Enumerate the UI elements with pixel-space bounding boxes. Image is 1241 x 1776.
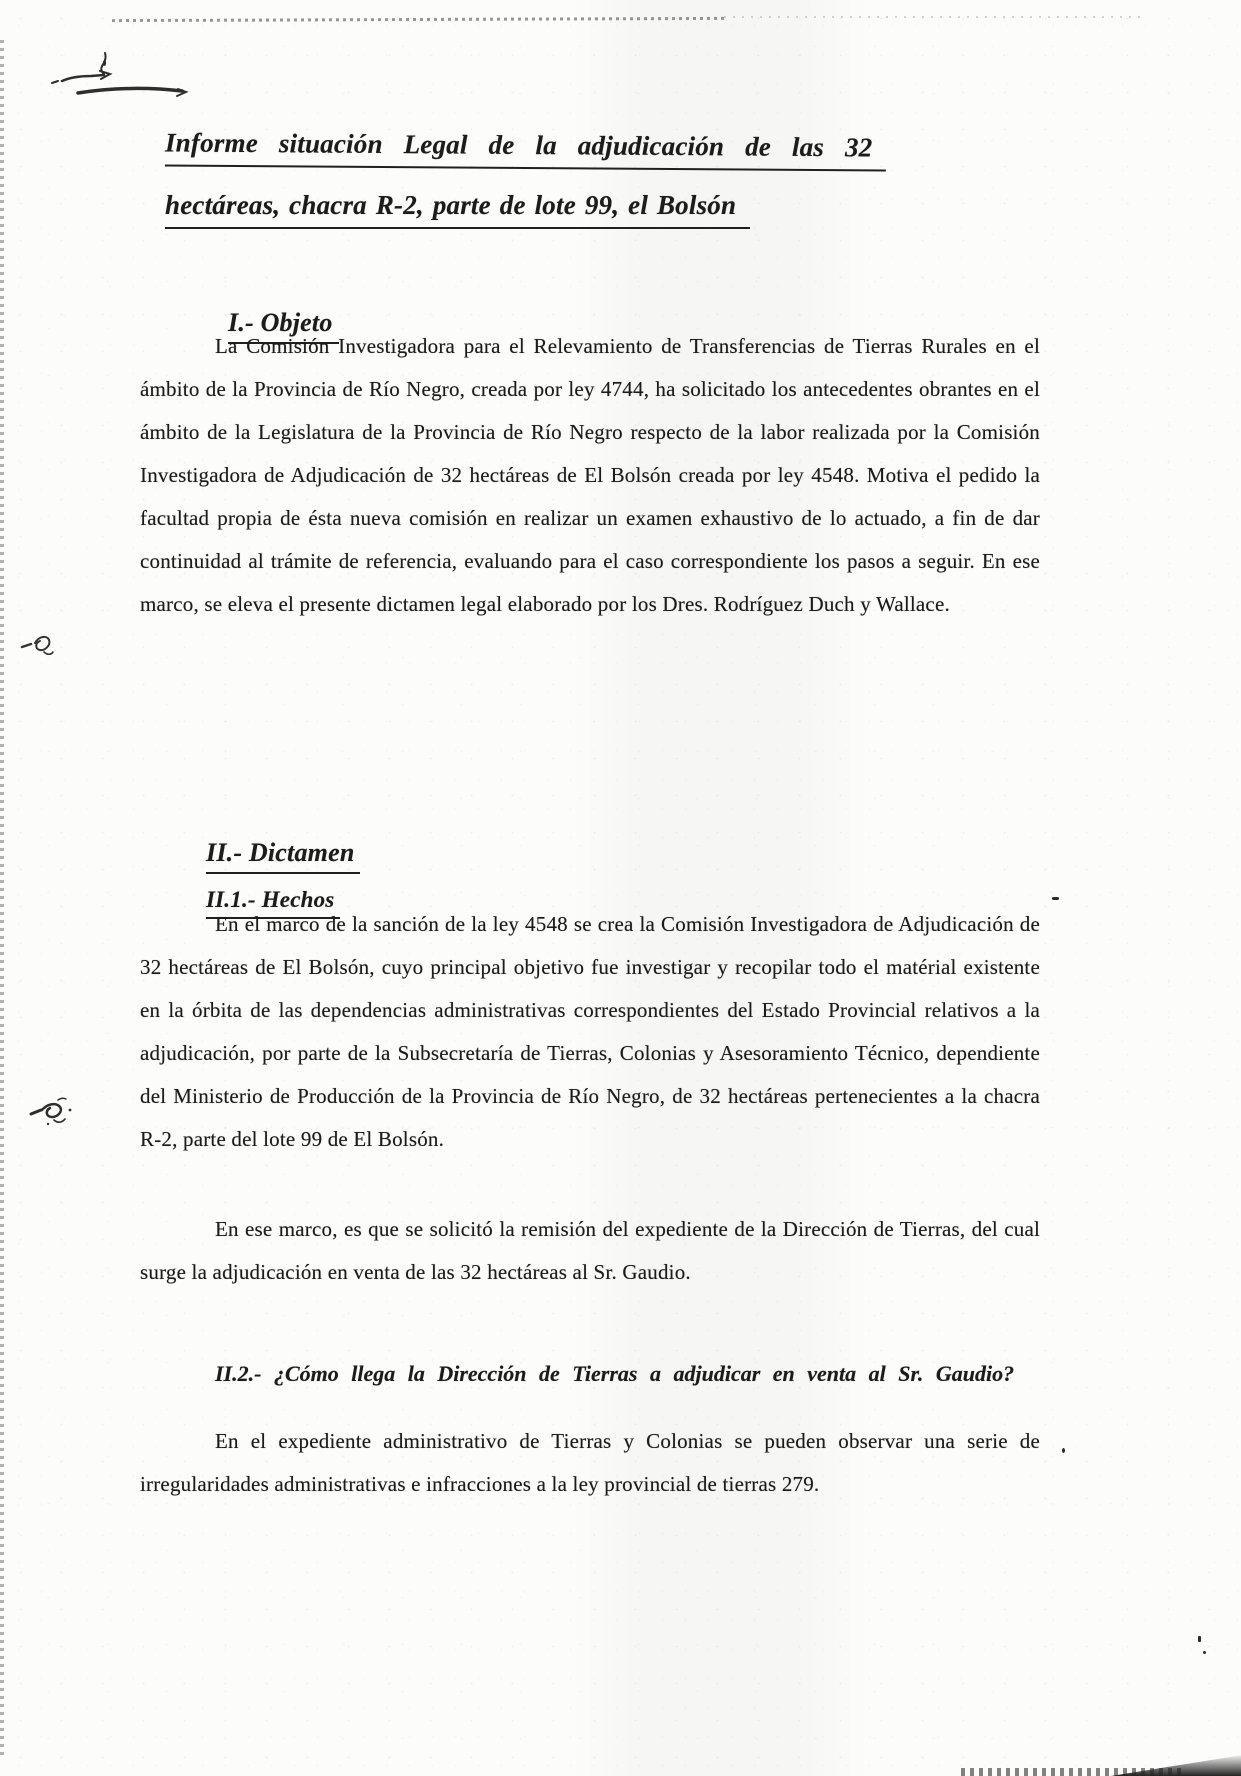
scan-edge-top-line [112, 17, 724, 22]
paragraph-objeto: La Comisión Investigadora para el Releva… [140, 325, 1040, 626]
subsection-heading-como-llega: II.2.- ¿Cómo llega la Dirección de Tierr… [140, 1352, 1040, 1395]
scan-smudge-fringe [961, 1768, 1181, 1776]
scan-edge-left-line [0, 40, 4, 1760]
pen-scribble-mark [40, 52, 190, 110]
scanned-document-page: Informe situación Legal de la adjudicaci… [0, 0, 1241, 1776]
section-heading-dictamen: II.- Dictamen [206, 838, 360, 874]
scan-edge-top-line-faint [724, 16, 1144, 18]
title-line-1: Informe situación Legal de la adjudicaci… [165, 127, 887, 171]
paragraph-hechos-2: En ese marco, es que se solicitó la remi… [140, 1208, 1040, 1294]
title-line-2: hectáreas, chacra R-2, parte de lote 99,… [165, 190, 750, 229]
toner-speck [103, 60, 106, 66]
toner-speck [1203, 1651, 1206, 1654]
paragraph-como-llega: En el expediente administrativo de Tierr… [140, 1420, 1040, 1506]
ink-blot-upper [20, 628, 62, 662]
toner-speck [1052, 897, 1059, 900]
ink-blot-lower [28, 1090, 80, 1130]
toner-speck [1062, 1448, 1065, 1453]
paragraph-hechos-1: En el marco de la sanción de la ley 4548… [140, 903, 1040, 1161]
toner-speck [1198, 1636, 1201, 1642]
